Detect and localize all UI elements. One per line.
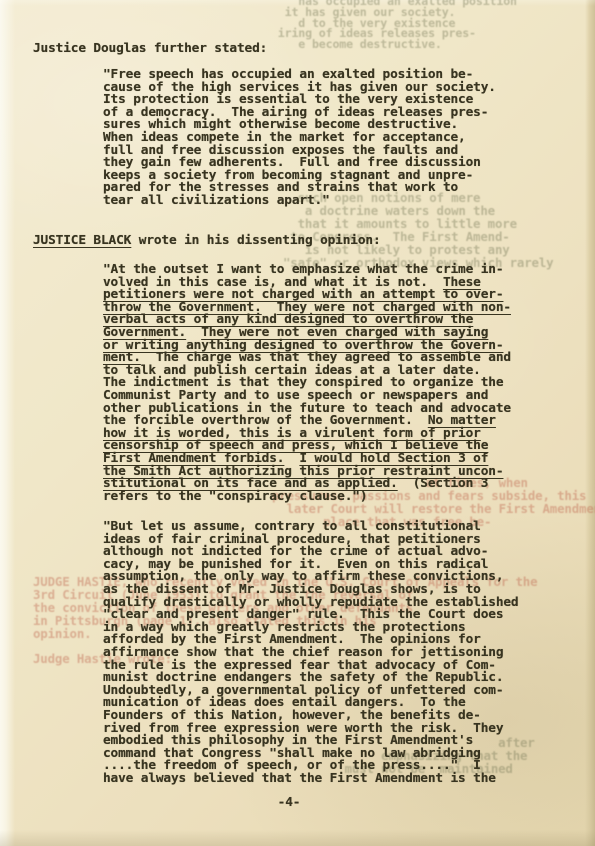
page-number: -4- [0,797,578,810]
text-segment: tear all civilizations apart." [103,193,330,208]
heading-justice-black: JUSTICE BLACK wrote in his dissenting op… [33,235,381,248]
text-segment: opinion. [33,626,91,641]
heading-justice-black-rest: wrote in his dissenting opinion: [131,233,380,248]
paper-sheet: has occupied an exalted position it has … [0,0,595,846]
text-line: e become destructive. [230,39,517,50]
text-segment: (Section 3 [398,476,489,491]
scanned-document-page: { "document": { "page_number": "-4-", "h… [0,0,595,846]
page-right-shadow [585,0,595,846]
page-left-edge [0,0,15,846]
text-segment: refers to the "conspiracy clause.") [103,489,367,504]
text-line: refers to the "conspiracy clause.") [103,491,511,504]
page-bottom-shadow [0,830,595,846]
black-quote-block-1: "At the outset I want to emphasize what … [103,264,511,503]
text-line: tear all civilizations apart." [103,195,496,208]
ghost-text-top: has occupied an exalted position it has … [230,0,517,50]
text-segment: have always believed that the First Amen… [103,771,496,786]
heading-justice-douglas: Justice Douglas further stated: [33,43,267,56]
text-line: have always believed that the First Amen… [103,773,519,786]
heading-justice-black-name: JUSTICE BLACK [33,233,131,248]
douglas-quote-block: "Free speech has occupied an exalted pos… [103,69,496,208]
black-quote-block-2: "But let us assume, contrary to all cons… [103,521,519,785]
